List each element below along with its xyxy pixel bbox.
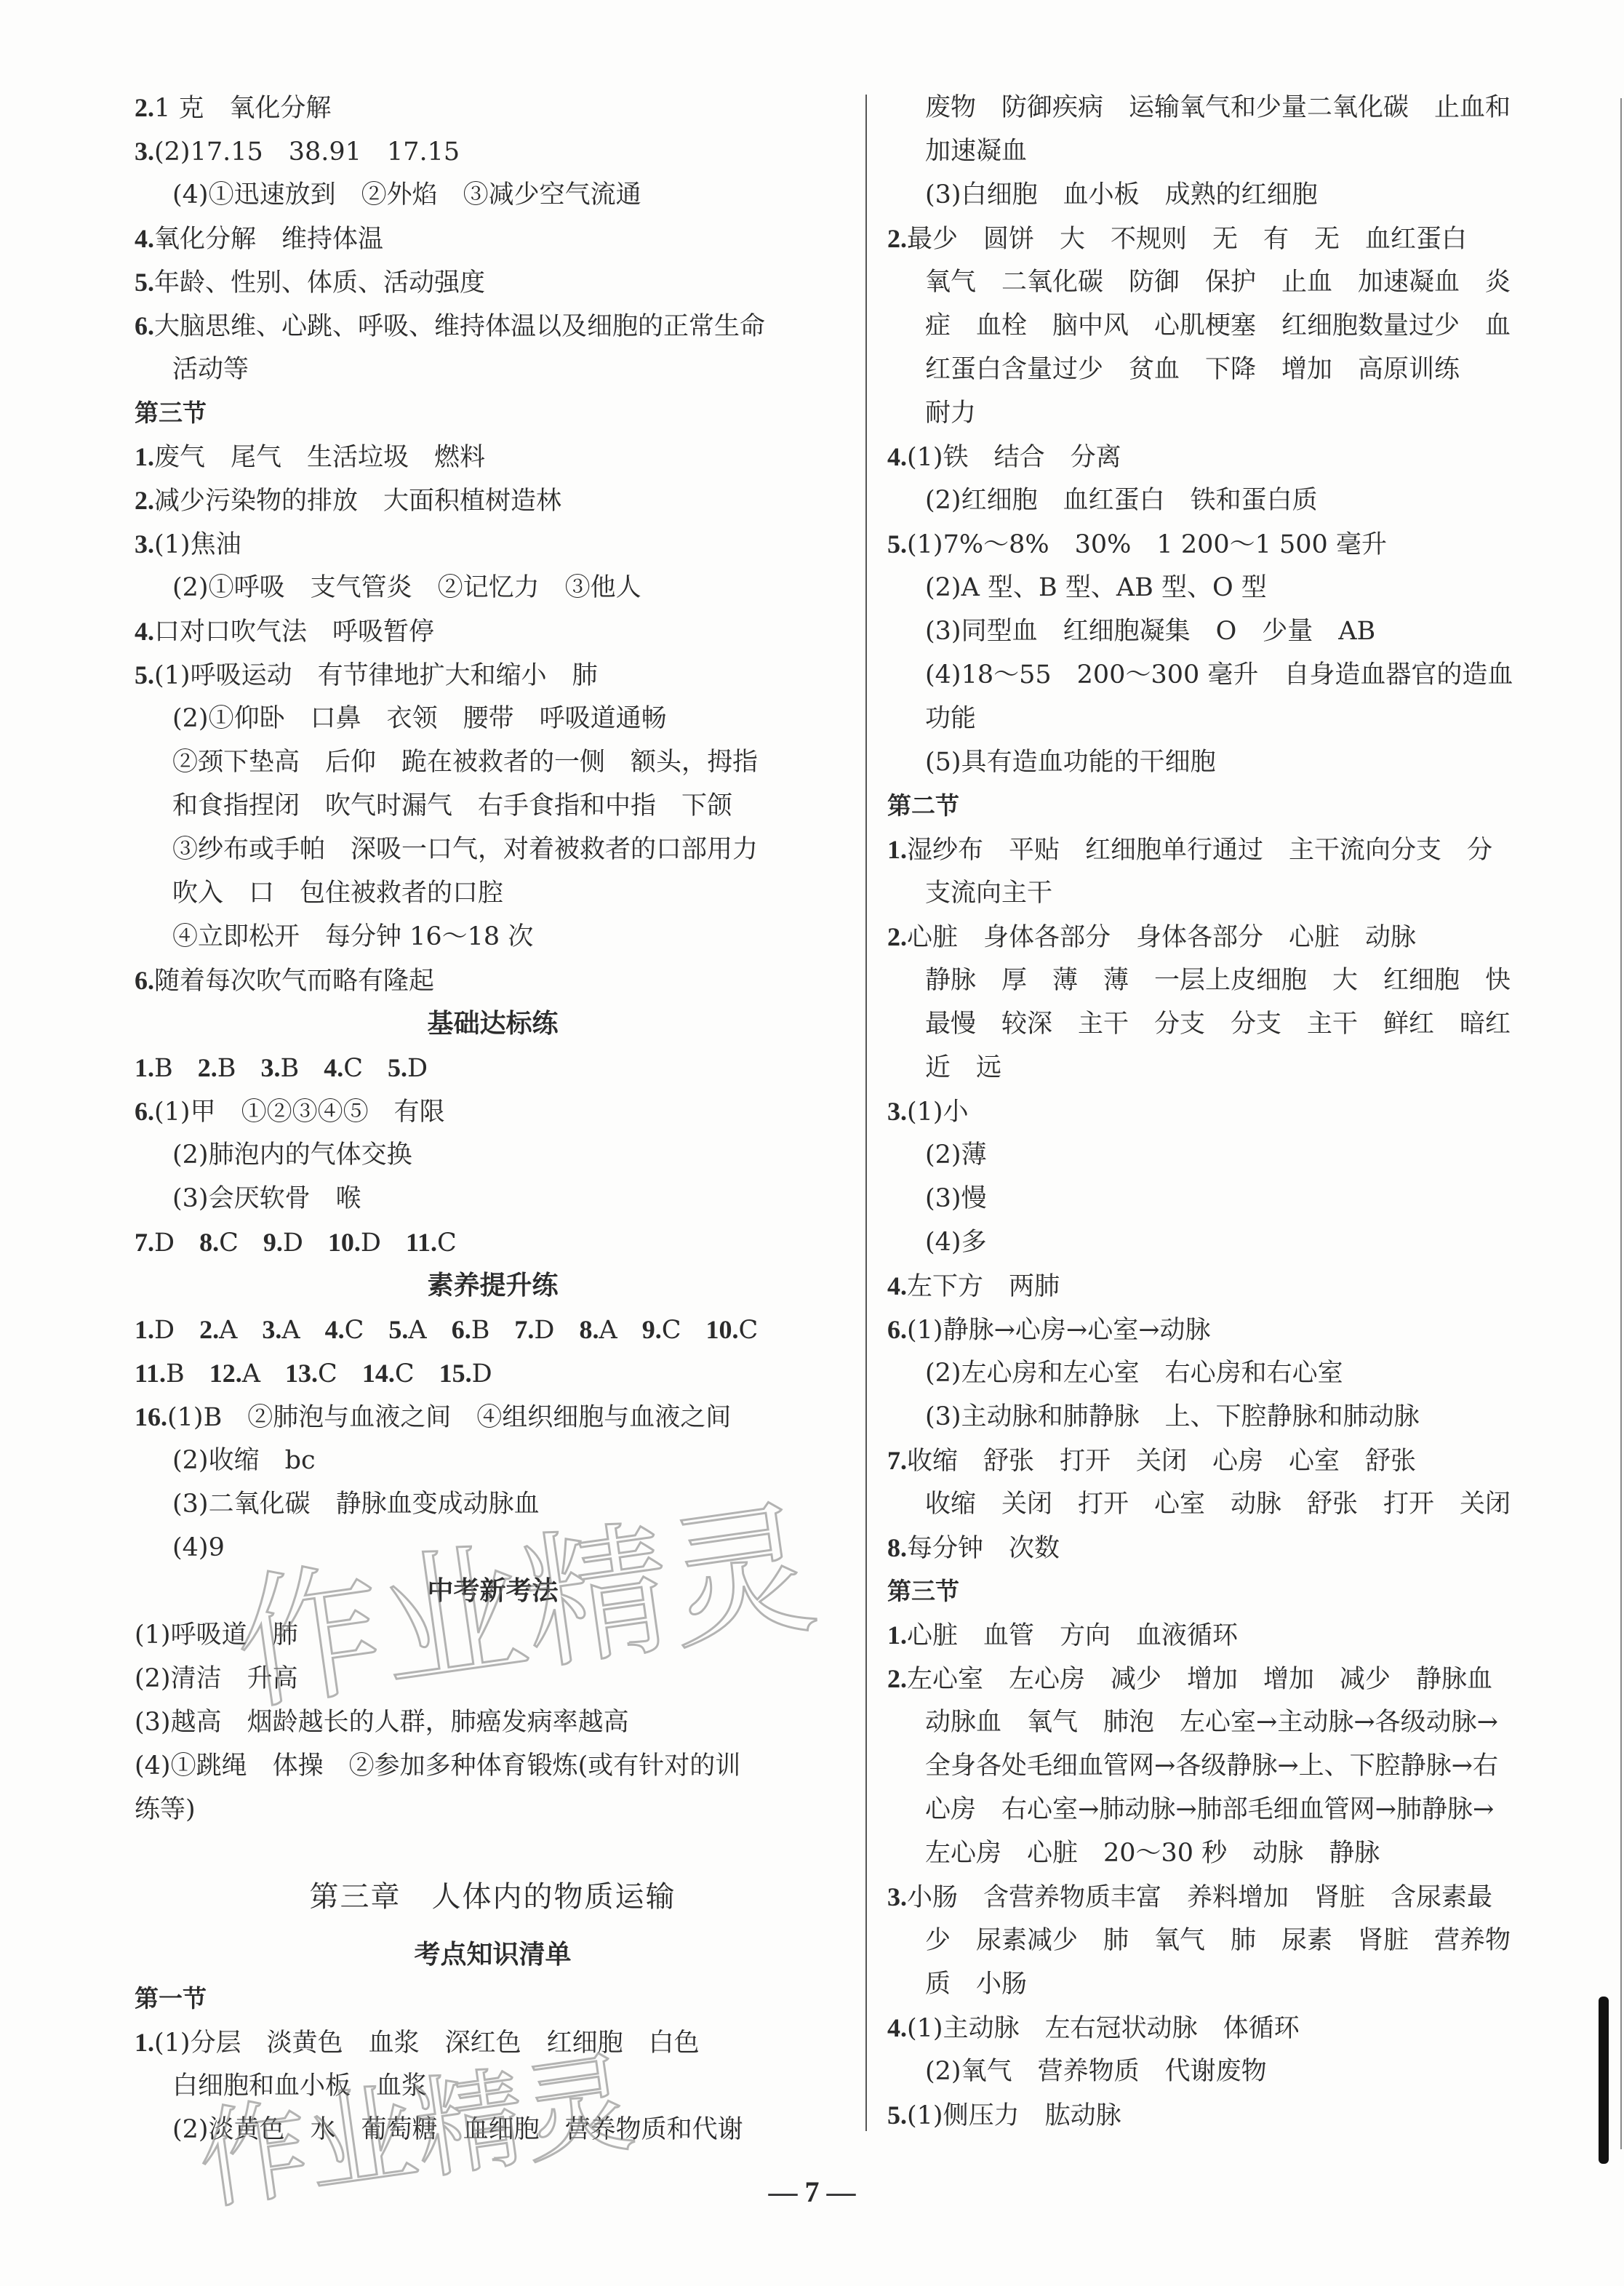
choice-answer: 7.D bbox=[514, 1316, 554, 1345]
practice-header: 基础达标练 bbox=[135, 1002, 851, 1046]
question-number: 2. bbox=[887, 1664, 907, 1693]
question-number: 5. bbox=[887, 529, 907, 559]
choice-answer: 1.D bbox=[135, 1316, 175, 1345]
choice-letter: C bbox=[739, 1316, 759, 1345]
answer-item: 2.心脏 身体各部分 身体各部分 心脏 动脉 bbox=[887, 915, 1607, 959]
question-number: 5. bbox=[388, 1315, 408, 1344]
choice-letter: D bbox=[472, 1359, 492, 1388]
question-number: 1. bbox=[135, 2028, 154, 2057]
column-divider bbox=[865, 95, 867, 2131]
question-number: 5. bbox=[135, 268, 154, 297]
answer-continuation: (3)同型血 红细胞凝集 O 少量 AB bbox=[887, 610, 1607, 653]
choice-answer: 9.C bbox=[642, 1316, 681, 1345]
answer-item: 4.口对口吹气法 呼吸暂停 bbox=[135, 610, 851, 653]
answer-item: 16.(1)B ②肺泡与血液之间 ④组织细胞与血液之间 bbox=[135, 1395, 851, 1439]
answer-continuation: 心房 右心室→肺动脉→肺部毛细血管网→肺静脉→ bbox=[887, 1788, 1607, 1831]
question-number: 12. bbox=[209, 1359, 242, 1388]
answer-item: 5.年龄、性别、体质、活动强度 bbox=[135, 260, 851, 304]
choice-letter: D bbox=[407, 1054, 428, 1083]
question-number: 4. bbox=[325, 1315, 345, 1344]
question-number: 6. bbox=[135, 1097, 154, 1126]
answer-item: 1.(1)分层 淡黄色 血浆 深红色 红细胞 白色 bbox=[135, 2021, 851, 2064]
answer-text: 左下方 两肺 bbox=[907, 1272, 1060, 1301]
answer-item: 5.(1)7%～8% 30% 1 200～1 500 毫升 bbox=[887, 522, 1607, 566]
answer-text: 1 克 氧化分解 bbox=[154, 94, 331, 123]
question-number: 7. bbox=[887, 1446, 907, 1475]
answer-continuation: (2)①呼吸 支气管炎 ②记忆力 ③他人 bbox=[135, 566, 851, 610]
question-number: 4. bbox=[324, 1053, 343, 1082]
choice-answer: 5.A bbox=[388, 1316, 426, 1345]
question-number: 2. bbox=[887, 224, 907, 253]
choice-answer: 2.A bbox=[199, 1316, 237, 1345]
question-number: 6. bbox=[452, 1315, 471, 1344]
choice-letter: C bbox=[662, 1316, 681, 1345]
answer-item: 7.收缩 舒张 打开 关闭 心房 心室 舒张 bbox=[887, 1439, 1607, 1482]
choice-answer: 8.C bbox=[199, 1228, 239, 1258]
choice-answer: 2.B bbox=[198, 1054, 236, 1083]
question-number: 4. bbox=[135, 617, 154, 646]
choice-answer: 1.B bbox=[135, 1054, 173, 1083]
answer-line: (2)清洁 升高 bbox=[135, 1657, 851, 1700]
question-number: 7. bbox=[135, 1228, 154, 1257]
answer-continuation: 活动等 bbox=[135, 348, 851, 391]
answer-text: 每分钟 次数 bbox=[907, 1534, 1060, 1563]
question-number: 2. bbox=[887, 922, 907, 951]
answer-text: 小肠 含营养物质丰富 养料增加 肾脏 含尿素最 bbox=[907, 1883, 1492, 1912]
choice-answer: 8.A bbox=[579, 1316, 617, 1345]
answer-text: 大脑思维、心跳、呼吸、维持体温以及细胞的正常生命 bbox=[154, 312, 765, 341]
choice-answer: 13.C bbox=[285, 1359, 337, 1388]
question-number: 4. bbox=[887, 1271, 907, 1300]
answer-text: (1)静脉→心房→心室→动脉 bbox=[907, 1316, 1211, 1345]
page-edge-line bbox=[1620, 98, 1622, 2149]
question-number: 9. bbox=[642, 1315, 662, 1344]
question-number: 11. bbox=[406, 1228, 437, 1257]
choice-answer: 3.B bbox=[260, 1054, 299, 1083]
section-heading: 第一节 bbox=[135, 1977, 851, 2021]
question-number: 8. bbox=[199, 1228, 219, 1257]
section-heading: 第三节 bbox=[887, 1570, 1607, 1613]
answer-item: 4.(1)铁 结合 分离 bbox=[887, 435, 1607, 479]
answer-item: 2.左心室 左心房 减少 增加 增加 减少 静脉血 bbox=[887, 1657, 1607, 1700]
choice-letter: D bbox=[154, 1316, 175, 1345]
answer-item: 5.(1)呼吸运动 有节律地扩大和缩小 肺 bbox=[135, 653, 851, 697]
answer-continuation: (5)具有造血功能的干细胞 bbox=[887, 740, 1607, 784]
answer-item: 8.每分钟 次数 bbox=[887, 1526, 1607, 1570]
answer-item: 2.减少污染物的排放 大面积植树造林 bbox=[135, 479, 851, 522]
choice-letter: C bbox=[219, 1228, 239, 1258]
question-number: 8. bbox=[887, 1533, 907, 1562]
choice-letter: D bbox=[154, 1228, 175, 1258]
answer-text: 随着每次吹气而略有隆起 bbox=[154, 967, 434, 996]
question-number: 15. bbox=[439, 1359, 472, 1388]
answer-text: 湿纱布 平贴 红细胞单行通过 主干流向分支 分 bbox=[907, 836, 1492, 865]
question-number: 8. bbox=[579, 1315, 599, 1344]
question-number: 3. bbox=[887, 1097, 907, 1126]
question-number: 13. bbox=[285, 1359, 318, 1388]
choice-answer: 9.D bbox=[263, 1228, 303, 1258]
answer-text: 废气 尾气 生活垃圾 燃料 bbox=[154, 443, 485, 472]
question-number: 1. bbox=[135, 442, 154, 471]
practice-header: 中考新考法 bbox=[135, 1570, 851, 1613]
answer-continuation: (4)①迅速放到 ②外焰 ③减少空气流通 bbox=[135, 173, 851, 217]
answer-continuation: (2)红细胞 血红蛋白 铁和蛋白质 bbox=[887, 479, 1607, 522]
answer-text: 减少污染物的排放 大面积植树造林 bbox=[154, 487, 561, 516]
question-number: 1. bbox=[135, 1315, 154, 1344]
choice-letter: D bbox=[534, 1316, 554, 1345]
answer-continuation: (2)淡黄色 水 葡萄糖 血细胞 营养物质和代谢 bbox=[135, 2108, 851, 2151]
answer-continuation: (4)多 bbox=[887, 1220, 1607, 1264]
answer-continuation: 耐力 bbox=[887, 391, 1607, 435]
choice-answer: 12.A bbox=[209, 1359, 260, 1388]
choice-answer: 11.B bbox=[135, 1359, 185, 1388]
choice-answers-row: 7.D8.C9.D10.D11.C bbox=[135, 1220, 851, 1264]
question-number: 2. bbox=[199, 1315, 219, 1344]
answer-continuation: 症 血栓 脑中风 心肌梗塞 红细胞数量过少 血 bbox=[887, 304, 1607, 348]
choice-letter: A bbox=[281, 1316, 300, 1345]
answer-text: (1)B ②肺泡与血液之间 ④组织细胞与血液之间 bbox=[167, 1403, 731, 1432]
answer-item: 3.(1)小 bbox=[887, 1090, 1607, 1133]
answer-item: 6.随着每次吹气而略有隆起 bbox=[135, 959, 851, 1002]
choice-letter: C bbox=[395, 1359, 415, 1388]
answer-item: 1.心脏 血管 方向 血液循环 bbox=[887, 1613, 1607, 1657]
choice-letter: B bbox=[217, 1054, 236, 1083]
question-number: 10. bbox=[328, 1228, 361, 1257]
answer-text: 心脏 身体各部分 身体各部分 心脏 动脉 bbox=[907, 923, 1416, 952]
answer-continuation: (2)薄 bbox=[887, 1133, 1607, 1177]
answer-text: (1)呼吸运动 有节律地扩大和缩小 肺 bbox=[154, 661, 598, 690]
answer-continuation: ③纱布或手帕 深吸一口气，对着被救者的口部用力 bbox=[135, 828, 851, 871]
choice-answer: 10.C bbox=[706, 1316, 759, 1345]
choice-letter: A bbox=[408, 1316, 426, 1345]
question-number: 10. bbox=[706, 1315, 739, 1344]
question-number: 4. bbox=[887, 2013, 907, 2042]
question-number: 3. bbox=[262, 1315, 281, 1344]
answer-continuation: 功能 bbox=[887, 697, 1607, 740]
answer-text: (1)分层 淡黄色 血浆 深红色 红细胞 白色 bbox=[154, 2029, 700, 2058]
answer-continuation: (3)会厌软骨 喉 bbox=[135, 1177, 851, 1220]
answer-continuation: 和食指捏闭 吹气时漏气 右手食指和中指 下颌 bbox=[135, 784, 851, 828]
question-number: 6. bbox=[135, 311, 154, 340]
answer-continuation: 近 远 bbox=[887, 1046, 1607, 1090]
answer-text: 左心室 左心房 减少 增加 增加 减少 静脉血 bbox=[907, 1665, 1492, 1694]
answer-continuation: (3)白细胞 血小板 成熟的红细胞 bbox=[887, 173, 1607, 217]
question-number: 7. bbox=[514, 1315, 534, 1344]
answer-continuation: 左心房 心脏 20～30 秒 动脉 静脉 bbox=[887, 1831, 1607, 1875]
choice-answer: 14.C bbox=[362, 1359, 415, 1388]
answer-continuation: 全身各处毛细血管网→各级静脉→上、下腔静脉→右 bbox=[887, 1744, 1607, 1788]
answer-continuation: 最慢 较深 主干 分支 分支 主干 鲜红 暗红 bbox=[887, 1002, 1607, 1046]
choice-letter: C bbox=[345, 1316, 364, 1345]
question-number: 5. bbox=[388, 1053, 407, 1082]
answer-text: (1)主动脉 左右冠状动脉 体循环 bbox=[907, 2014, 1300, 2043]
question-number: 3. bbox=[135, 529, 154, 559]
question-number: 5. bbox=[135, 660, 154, 690]
page-number: — 7 — bbox=[0, 2175, 1624, 2209]
answer-continuation: 质 小肠 bbox=[887, 1962, 1607, 2006]
choice-answer: 5.D bbox=[388, 1054, 428, 1083]
answer-continuation: ②颈下垫高 后仰 跪在被救者的一侧 额头，拇指 bbox=[135, 740, 851, 784]
choice-answer: 11.C bbox=[406, 1228, 457, 1258]
question-number: 3. bbox=[135, 137, 154, 166]
answer-item: 6.(1)静脉→心房→心室→动脉 bbox=[887, 1308, 1607, 1351]
answer-continuation: 静脉 厚 薄 薄 一层上皮细胞 大 红细胞 快 bbox=[887, 959, 1607, 1002]
choice-answer: 4.C bbox=[324, 1054, 363, 1083]
answer-item: 4.左下方 两肺 bbox=[887, 1264, 1607, 1308]
answer-item: 1.废气 尾气 生活垃圾 燃料 bbox=[135, 435, 851, 479]
question-number: 4. bbox=[135, 224, 154, 253]
answer-continuation: 支流向主干 bbox=[887, 871, 1607, 915]
question-number: 2. bbox=[135, 486, 154, 515]
answer-continuation: (4)18～55 200～300 毫升 自身造血器官的造血 bbox=[887, 653, 1607, 697]
practice-header: 素养提升练 bbox=[135, 1264, 851, 1308]
right-column: 废物 防御疾病 运输氧气和少量二氧化碳 止血和加速凝血(3)白细胞 血小板 成熟… bbox=[887, 86, 1607, 2137]
choice-letter: A bbox=[242, 1359, 260, 1388]
question-number: 3. bbox=[260, 1053, 280, 1082]
question-number: 1. bbox=[887, 1620, 907, 1650]
answer-continuation: (2)A 型、B 型、AB 型、O 型 bbox=[887, 566, 1607, 610]
question-number: 2. bbox=[135, 93, 154, 122]
answer-item: 6.大脑思维、心跳、呼吸、维持体温以及细胞的正常生命 bbox=[135, 304, 851, 348]
answer-item: 3.(1)焦油 bbox=[135, 522, 851, 566]
answer-continuation: 少 尿素减少 肺 氧气 肺 尿素 肾脏 营养物 bbox=[887, 1919, 1607, 1962]
answer-text: (2)17.15 38.91 17.15 bbox=[154, 137, 460, 167]
answer-continuation: 氧气 二氧化碳 防御 保护 止血 加速凝血 炎 bbox=[887, 260, 1607, 304]
section-heading: 第二节 bbox=[887, 784, 1607, 828]
answer-continuation: 红蛋白含量过少 贫血 下降 增加 高原训练 bbox=[887, 348, 1607, 391]
choice-answer: 6.B bbox=[452, 1316, 490, 1345]
question-number: 16. bbox=[135, 1402, 167, 1431]
question-number: 6. bbox=[887, 1315, 907, 1344]
choice-answer: 7.D bbox=[135, 1228, 175, 1258]
choice-letter: C bbox=[318, 1359, 337, 1388]
answer-line: (1)呼吸道 肺 bbox=[135, 1613, 851, 1657]
answer-text: (1)侧压力 肱动脉 bbox=[907, 2101, 1121, 2130]
practice-header: 考点知识清单 bbox=[135, 1933, 851, 1977]
question-number: 11. bbox=[135, 1359, 166, 1388]
answer-item: 2.1 克 氧化分解 bbox=[135, 86, 851, 129]
answer-continuation: (4)9 bbox=[135, 1526, 851, 1570]
answer-text: 收缩 舒张 打开 关闭 心房 心室 舒张 bbox=[907, 1447, 1416, 1476]
answer-text: 年龄、性别、体质、活动强度 bbox=[154, 268, 485, 297]
question-number: 2. bbox=[198, 1053, 217, 1082]
choice-letter: D bbox=[361, 1228, 381, 1258]
choice-answers-row: 1.D2.A3.A4.C5.A6.B7.D8.A9.C10.C bbox=[135, 1308, 851, 1351]
answer-continuation: 收缩 关闭 打开 心室 动脉 舒张 打开 关闭 bbox=[887, 1482, 1607, 1526]
answer-continuation: (3)二氧化碳 静脉血变成动脉血 bbox=[135, 1482, 851, 1526]
question-number: 1. bbox=[135, 1053, 154, 1082]
question-number: 4. bbox=[887, 442, 907, 471]
answer-line: 练等) bbox=[135, 1788, 851, 1831]
answer-item: 3.小肠 含营养物质丰富 养料增加 肾脏 含尿素最 bbox=[887, 1875, 1607, 1919]
answer-continuation: (2)氧气 营养物质 代谢废物 bbox=[887, 2050, 1607, 2093]
answer-item: 1.湿纱布 平贴 红细胞单行通过 主干流向分支 分 bbox=[887, 828, 1607, 871]
answer-text: 口对口吹气法 呼吸暂停 bbox=[154, 618, 434, 647]
choice-letter: B bbox=[166, 1359, 185, 1388]
answer-continuation: (3)慢 bbox=[887, 1177, 1607, 1220]
choice-answers-row: 11.B12.A13.C14.C15.D bbox=[135, 1351, 851, 1395]
choice-answers-row: 1.B2.B3.B4.C5.D bbox=[135, 1046, 851, 1090]
question-number: 1. bbox=[887, 835, 907, 864]
answer-line: (4)①跳绳 体操 ②参加多种体育锻炼(或有针对的训 bbox=[135, 1744, 851, 1788]
answer-text: 氧化分解 维持体温 bbox=[154, 225, 383, 254]
answer-continuation: (3)主动脉和肺静脉 上、下腔静脉和肺动脉 bbox=[887, 1395, 1607, 1439]
answer-item: 4.(1)主动脉 左右冠状动脉 体循环 bbox=[887, 2006, 1607, 2050]
choice-letter: D bbox=[283, 1228, 303, 1258]
left-column: 2.1 克 氧化分解3.(2)17.15 38.91 17.15(4)①迅速放到… bbox=[135, 86, 851, 2151]
choice-letter: B bbox=[280, 1054, 299, 1083]
answer-text: (1)焦油 bbox=[154, 530, 241, 559]
answer-text: (1)7%～8% 30% 1 200～1 500 毫升 bbox=[907, 530, 1387, 559]
section-heading: 第三节 bbox=[135, 391, 851, 435]
question-number: 14. bbox=[362, 1359, 395, 1388]
answer-continuation: 废物 防御疾病 运输氧气和少量二氧化碳 止血和 bbox=[887, 86, 1607, 129]
answer-continuation: (2)左心房和左心室 右心房和右心室 bbox=[887, 1351, 1607, 1395]
answer-item: 3.(2)17.15 38.91 17.15 bbox=[135, 129, 851, 173]
answer-continuation: 白细胞和血小板 血浆 bbox=[135, 2064, 851, 2108]
answer-item: 2.最少 圆饼 大 不规则 无 有 无 血红蛋白 bbox=[887, 217, 1607, 260]
answer-item: 5.(1)侧压力 肱动脉 bbox=[887, 2093, 1607, 2137]
question-number: 3. bbox=[887, 1882, 907, 1911]
question-number: 9. bbox=[263, 1228, 283, 1257]
answer-continuation: 吹入 口 包住被救者的口腔 bbox=[135, 871, 851, 915]
choice-answer: 4.C bbox=[325, 1316, 364, 1345]
answer-item: 4.氧化分解 维持体温 bbox=[135, 217, 851, 260]
answer-text: (1)小 bbox=[907, 1098, 969, 1127]
choice-answer: 3.A bbox=[262, 1316, 300, 1345]
choice-letter: B bbox=[471, 1316, 490, 1345]
choice-letter: B bbox=[154, 1054, 173, 1083]
answer-text: (1)铁 结合 分离 bbox=[907, 443, 1121, 472]
choice-letter: A bbox=[219, 1316, 237, 1345]
answer-item: 6.(1)甲 ①②③④⑤ 有限 bbox=[135, 1090, 851, 1133]
choice-answer: 10.D bbox=[328, 1228, 381, 1258]
choice-letter: C bbox=[343, 1054, 363, 1083]
answer-continuation: (2)①仰卧 口鼻 衣领 腰带 呼吸道通畅 bbox=[135, 697, 851, 740]
answer-text: 心脏 血管 方向 血液循环 bbox=[907, 1621, 1238, 1650]
answer-continuation: (2)收缩 bc bbox=[135, 1439, 851, 1482]
question-number: 6. bbox=[135, 966, 154, 995]
answer-text: (1)甲 ①②③④⑤ 有限 bbox=[154, 1098, 445, 1127]
answer-continuation: 加速凝血 bbox=[887, 129, 1607, 173]
chapter-title: 第三章 人体内的物质运输 bbox=[135, 1861, 851, 1933]
answer-text: 最少 圆饼 大 不规则 无 有 无 血红蛋白 bbox=[907, 225, 1467, 254]
choice-answer: 15.D bbox=[439, 1359, 492, 1388]
choice-letter: A bbox=[599, 1316, 617, 1345]
answer-continuation: (2)肺泡内的气体交换 bbox=[135, 1133, 851, 1177]
answer-line: (3)越高 烟龄越长的人群，肺癌发病率越高 bbox=[135, 1700, 851, 1744]
answer-continuation: ④立即松开 每分钟 16～18 次 bbox=[135, 915, 851, 959]
choice-letter: C bbox=[437, 1228, 457, 1258]
question-number: 5. bbox=[887, 2101, 907, 2130]
answer-continuation: 动脉血 氧气 肺泡 左心室→主动脉→各级动脉→ bbox=[887, 1700, 1607, 1744]
